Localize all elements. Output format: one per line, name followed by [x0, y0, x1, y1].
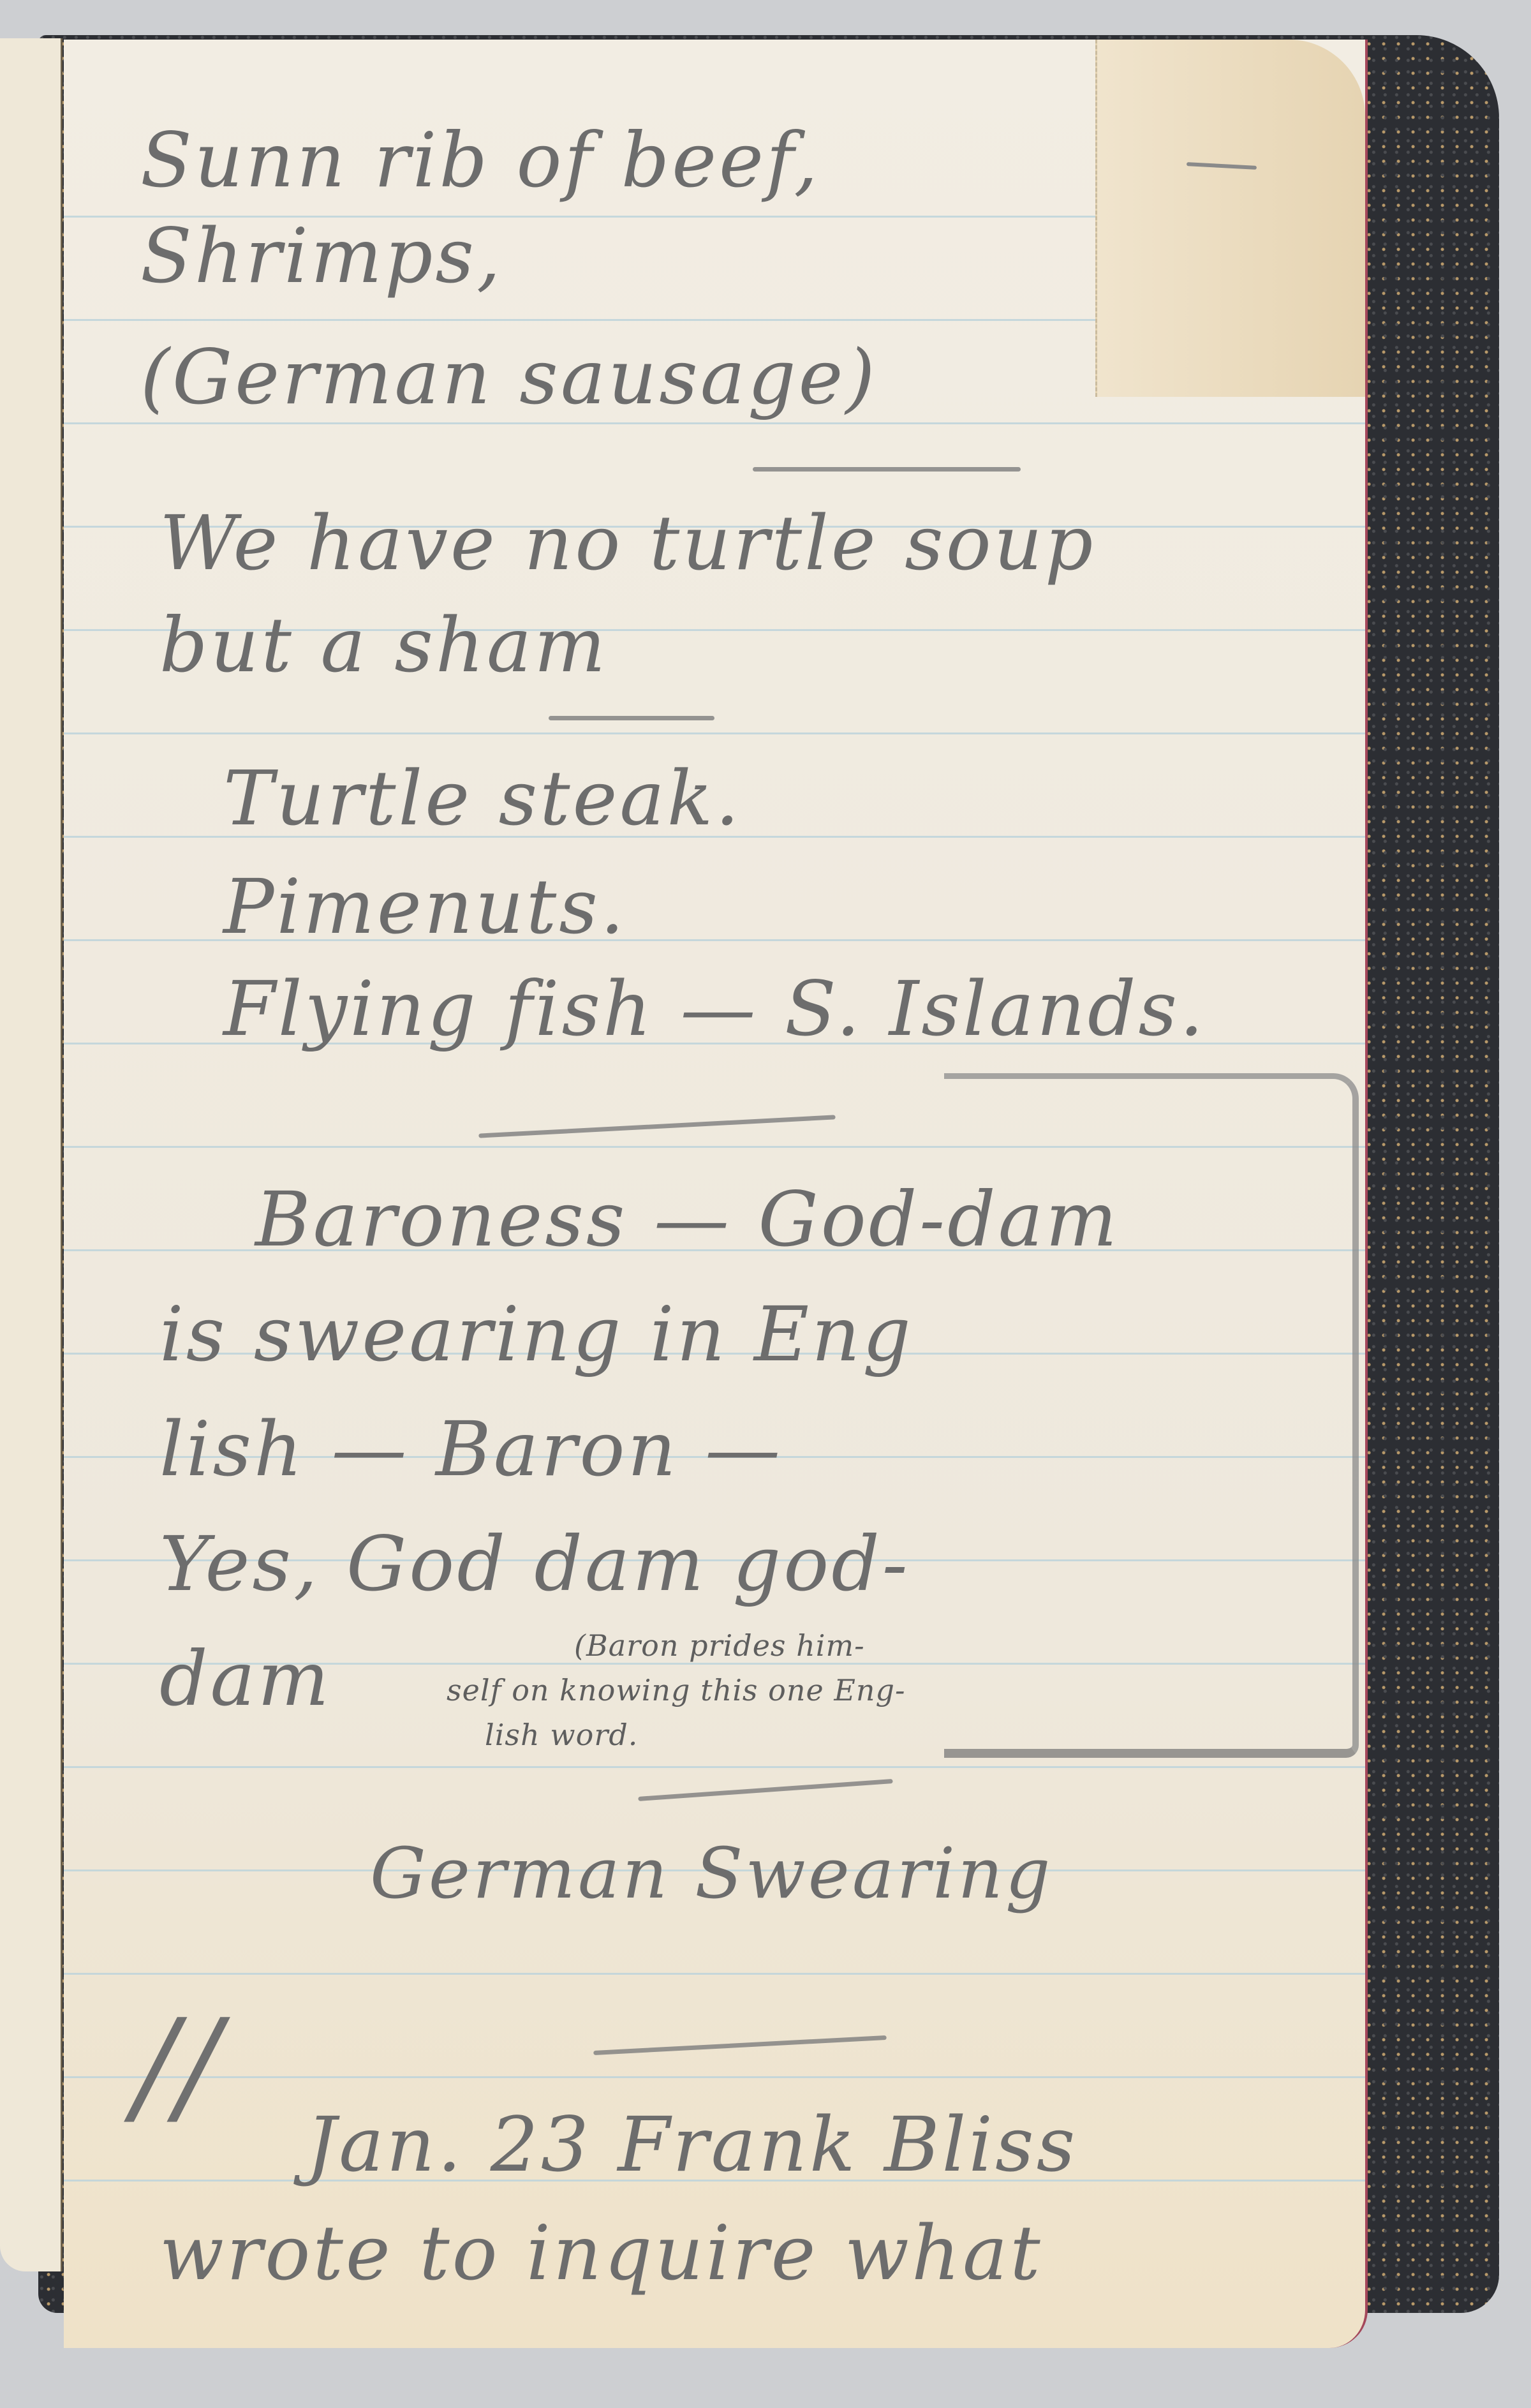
pencil-stroke: [593, 2035, 887, 2055]
aside-note: self on knowing this one Eng-: [447, 1673, 906, 1707]
notebook-page: Sunn rib of beef, Shrimps, (German sausa…: [64, 40, 1368, 2348]
pencil-stroke: [549, 716, 714, 720]
note-line: We have no turtle soup: [159, 499, 1095, 587]
previous-page-edge: [0, 38, 63, 2271]
ruled-line: [64, 422, 1365, 424]
margin-mark: //: [134, 1992, 220, 2141]
note-line: Baroness — God-dam: [255, 1175, 1120, 1263]
ruled-line: [64, 1766, 1365, 1768]
ruled-line: [64, 2076, 1365, 2078]
ruled-line: [64, 732, 1365, 734]
note-line: (German sausage): [140, 333, 878, 421]
note-line: German Swearing: [370, 1832, 1053, 1914]
note-line: Turtle steak.: [223, 754, 742, 842]
note-line: Flying fish — S. Islands.: [223, 965, 1206, 1053]
note-line: dam: [159, 1635, 332, 1723]
aside-note: lish word.: [485, 1718, 638, 1752]
pencil-stroke: [638, 1779, 893, 1801]
ruled-line: [64, 1973, 1365, 1975]
note-line: Pimenuts.: [223, 863, 626, 951]
note-line: Yes, God dam god-: [159, 1520, 910, 1608]
note-line: Jan. 23 Frank Bliss: [306, 2100, 1077, 2189]
note-line: Shrimps,: [140, 212, 503, 300]
pencil-stroke: [753, 467, 1021, 472]
torn-page-corner: [1095, 40, 1365, 397]
note-line: but a sham: [159, 601, 608, 689]
aside-note: (Baron prides him-: [574, 1628, 865, 1663]
note-line: Sunn rib of beef,: [140, 116, 820, 204]
note-line: lish — Baron —: [159, 1405, 783, 1493]
note-line: wrote to inquire what: [159, 2209, 1043, 2297]
note-line: is swearing in Eng: [159, 1290, 913, 1378]
corner-pencil-mark: [1187, 162, 1257, 170]
pencil-stroke: [478, 1115, 836, 1138]
